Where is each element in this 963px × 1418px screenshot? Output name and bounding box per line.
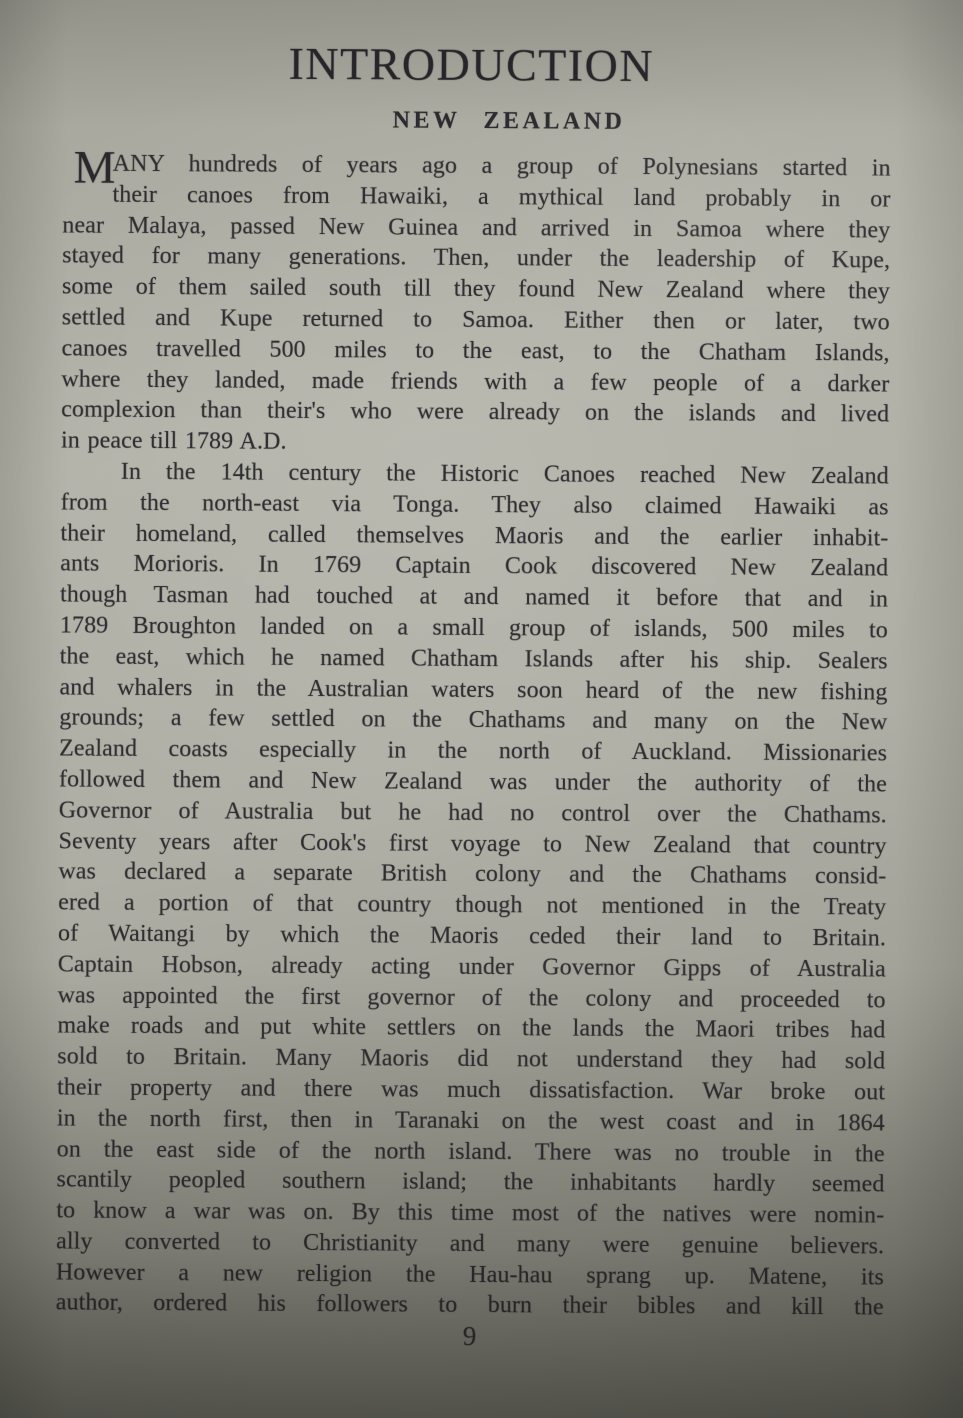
paragraph-2-line-12: Governor of Australia but he had no cont… bbox=[59, 795, 887, 831]
paragraph-2-line-25: to know a war was on. By this time most … bbox=[56, 1196, 884, 1232]
paragraph-2-line-4: ants Morioris. In 1769 Captain Cook disc… bbox=[60, 549, 888, 585]
text-column: M ANY hundreds of years ago a group of P… bbox=[56, 148, 891, 1323]
drop-cap-letter: M bbox=[74, 145, 116, 192]
paragraph-2-line-9: grounds; a few settled on the Chathams a… bbox=[59, 703, 887, 739]
paragraph-2-line-11: followed them and New Zealand was under … bbox=[59, 764, 887, 800]
paragraph-1-line-9: complexion than their's who were already… bbox=[61, 395, 889, 431]
paragraph-2-line-27: However a new religion the Hau-hau spran… bbox=[56, 1257, 884, 1293]
paragraph-2-line-23: on the east side of the north island. Th… bbox=[57, 1134, 885, 1170]
paragraph-2-line-18: was appointed the first governor of the … bbox=[58, 980, 886, 1016]
page-subtitle: NEW ZEALAND bbox=[95, 106, 923, 138]
book-page: INTRODUCTION NEW ZEALAND M ANY hundreds … bbox=[0, 0, 963, 1418]
page-title: INTRODUCTION bbox=[57, 35, 885, 93]
paragraph-2-line-7: the east, which he named Chatham Islands… bbox=[60, 641, 888, 677]
paragraph-1-line-10: in peace till 1789 A.D. bbox=[61, 426, 889, 462]
paragraph-2-line-6: 1789 Broughton landed on a small group o… bbox=[60, 610, 888, 646]
paragraph-2-line-24: scantily peopled southern island; the in… bbox=[56, 1165, 884, 1201]
paragraph-2-line-13: Seventy years after Cook's first voyage … bbox=[58, 826, 886, 862]
paragraph-2-line-14: was declared a separate British colony a… bbox=[58, 857, 886, 893]
paragraph-2-line-21: their property and there was much dissat… bbox=[57, 1072, 885, 1108]
paragraph-2-line-17: Captain Hobson, already acting under Gov… bbox=[58, 949, 886, 985]
paragraph-1-line-2: their canoes from Hawaiki, a mythical la… bbox=[62, 179, 890, 215]
paragraph-1-line-7: canoes travelled 500 miles to the east, … bbox=[62, 333, 890, 369]
paragraph-1-line-8: where they landed, made friends with a f… bbox=[61, 364, 889, 400]
paragraph-1-line-5: some of them sailed south till they foun… bbox=[62, 272, 890, 308]
paragraph-2-line-26: ally converted to Christianity and many … bbox=[56, 1226, 884, 1262]
paragraph-2-line-3: their homeland, called themselves Maoris… bbox=[60, 518, 888, 554]
paragraph-1-line-3: near Malaya, passed New Guinea and arriv… bbox=[62, 210, 890, 246]
paragraph-2-line-15: ered a portion of that country though no… bbox=[58, 888, 886, 924]
paragraph-2-line-10: Zealand coasts especially in the north o… bbox=[59, 734, 887, 770]
paragraph-2-line-5: though Tasman had touched at and named i… bbox=[60, 580, 888, 616]
paragraph-2-line-19: make roads and put white settlers on the… bbox=[57, 1011, 885, 1047]
paragraph-1-line-4: stayed for many generations. Then, under… bbox=[62, 241, 890, 277]
paragraph-2-line-22: in the north first, then in Taranaki on … bbox=[57, 1103, 885, 1139]
book-page-photo: INTRODUCTION NEW ZEALAND M ANY hundreds … bbox=[0, 0, 963, 1418]
page-number: 9 bbox=[55, 1318, 883, 1354]
paragraph-1-line-6: settled and Kupe returned to Samoa. Eith… bbox=[62, 302, 890, 338]
paragraph-2-line-1: In the 14th century the Historic Canoes … bbox=[61, 456, 889, 492]
paragraph-2-line-16: of Waitangi by which the Maoris ceded th… bbox=[58, 918, 886, 954]
paragraph-2-line-20: sold to Britain. Many Maoris did not und… bbox=[57, 1042, 885, 1078]
paragraph-1-line-1: ANY hundreds of years ago a group of Pol… bbox=[63, 148, 891, 184]
paragraph-2-line-8: and whalers in the Australian waters soo… bbox=[59, 672, 887, 708]
paragraph-2-line-2: from the north-east via Tonga. They also… bbox=[61, 487, 889, 523]
